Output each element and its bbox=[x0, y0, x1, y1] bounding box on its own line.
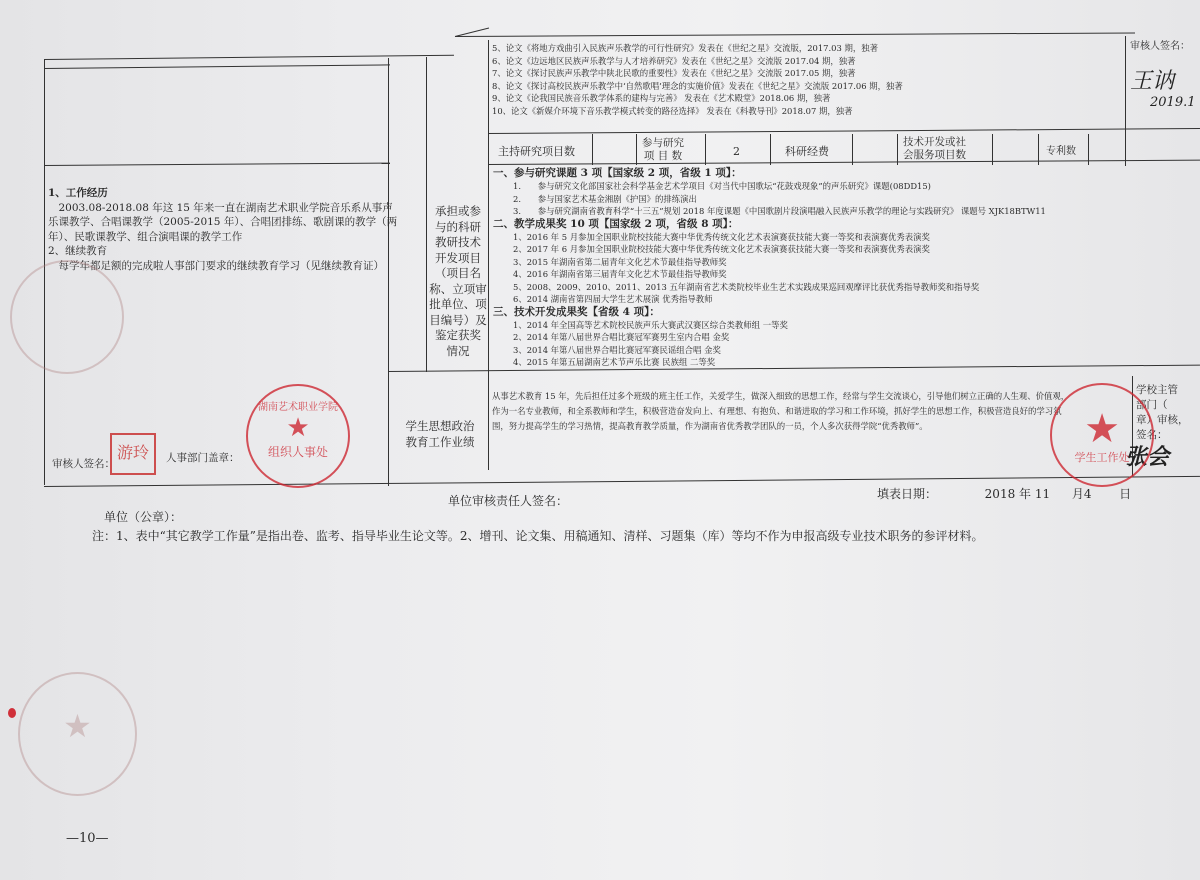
research-item: 4、2015 年第五届湖南艺术节声乐比赛 民族组 二等奖 bbox=[513, 356, 1046, 369]
fill-date-day: 4 bbox=[1084, 487, 1092, 501]
faded-stamp: ★ bbox=[18, 672, 137, 796]
reviewer-seal-text: 游玲 bbox=[117, 443, 149, 462]
research-section-title: 二、教学成果奖 10 项【国家级 2 项，省级 8 项】： bbox=[493, 218, 1046, 231]
table-border bbox=[592, 134, 593, 165]
tech-label-line2: 会服务项目数 bbox=[903, 149, 966, 162]
research-label-line: 教研技术 bbox=[428, 235, 488, 251]
research-label-line: 与的科研 bbox=[428, 220, 488, 236]
work-history-heading: 1、工作经历 bbox=[48, 186, 397, 201]
paper-item: 10、论文《新媒介环境下音乐教学模式转变的路径选择》 发表在《科教导刊》2018… bbox=[492, 105, 903, 118]
table-border bbox=[488, 40, 489, 470]
research-label: 承担或参 与的科研 教研技术 开发项目 （项目名 称、立项审 批单位、项 目编号… bbox=[428, 204, 488, 359]
research-label-line: 称、立项审 bbox=[428, 282, 488, 298]
research-item: 4、2016 年湖南省第三届青年文化艺术节最佳指导教师奖 bbox=[513, 268, 1046, 281]
stamp-text: 学生工作处 bbox=[1052, 449, 1152, 465]
fill-date: 填表日期： 2018 年 11 月4 日 bbox=[877, 485, 1131, 502]
red-dot bbox=[8, 708, 16, 718]
table-border bbox=[1088, 134, 1089, 165]
research-item: 3、2015 年湖南省第二届青年文化艺术节最佳指导教师奖 bbox=[513, 256, 1046, 269]
work-history-line: 乐课教学、合唱课教学（2005-2015 年）、合唱团排练、歌剧课的教学（两 bbox=[48, 215, 397, 230]
stamp-text: 组织人事处 bbox=[248, 443, 348, 460]
research-item: 2、2014 年第八届世界合唱比赛冠军赛男生室内合唱 金奖 bbox=[513, 331, 1046, 344]
student-work-line: 围，努力提高学生的学习热情，提高教育教学质量，作为湖南省优秀教学团队的一员，个人… bbox=[492, 419, 1132, 434]
reviewer-right-label: 审核人签名： bbox=[1130, 40, 1190, 54]
faded-stamp bbox=[10, 260, 124, 374]
research-item: 6、2014 湖南省第四届大学生艺术展演 优秀指导教师 bbox=[513, 293, 1046, 306]
tech-label: 技术开发或社 会服务项目数 bbox=[903, 136, 966, 162]
research-section-title: 一、参与研究课题 3 项【国家级 2 项，省级 1 项】： bbox=[493, 167, 1046, 180]
research-label-line: 开发项目 bbox=[428, 251, 488, 267]
stamp-text: 湖南艺术职业学院 bbox=[248, 398, 348, 413]
paper-item: 7、论文《探讨民族声乐教学中陕北民歌的重要性》发表在《世纪之星》交流版 2017… bbox=[492, 67, 903, 80]
reviewer-seal: 游玲 bbox=[110, 433, 156, 475]
research-section-title: 三、技术开发成果奖【省级 4 项】： bbox=[493, 306, 1046, 319]
student-affairs-stamp: ★ 学生工作处 bbox=[1050, 383, 1154, 487]
research-label-line: 批单位、项 bbox=[428, 297, 488, 313]
student-work-label: 学生思想政治 教育工作业绩 bbox=[392, 418, 488, 450]
research-content: 一、参与研究课题 3 项【国家级 2 项，省级 1 项】： 1. 参与研究文化部… bbox=[493, 167, 1046, 369]
fill-date-label: 填表日期： bbox=[877, 487, 937, 501]
research-item: 3、2014 年第八届世界合唱比赛冠军赛民谣组合唱 金奖 bbox=[513, 344, 1046, 357]
participate-value: 2 bbox=[733, 145, 740, 159]
table-border bbox=[44, 64, 390, 69]
student-work-label-line: 教育工作业绩 bbox=[392, 434, 488, 450]
footnote: 注：1、表中“其它教学工作量”是指出卷、监考、指导毕业生论文等。2、增刊、论文集… bbox=[92, 527, 984, 544]
work-history-line: 2003.08-2018.08 年这 15 年来一直在湖南艺术职业学院音乐系从事… bbox=[48, 201, 397, 216]
reviewer-label: 审核人签名： bbox=[52, 457, 115, 471]
table-border bbox=[1125, 36, 1126, 166]
table-border bbox=[44, 55, 454, 60]
day-unit: 日 bbox=[1119, 487, 1131, 501]
research-label-line: 目编号）及 bbox=[428, 313, 488, 329]
host-projects-label: 主持研究项目数 bbox=[498, 145, 575, 159]
research-item: 2. 参与国家艺术基金湘剧《护国》的排练演出 bbox=[513, 193, 1046, 206]
month-unit: 月 bbox=[1072, 487, 1084, 501]
student-work-line: 作为一名专业教师，和全系教师和学生，积极营造奋发向上、有理想、有抱负、和谐进取的… bbox=[492, 404, 1132, 419]
tech-label-line1: 技术开发或社 bbox=[903, 136, 966, 149]
table-border bbox=[705, 134, 706, 165]
paper-item: 9、论文《论我国民族音乐教学体系的建构与完善》 发表在《艺术殿堂》2018.06… bbox=[492, 92, 903, 105]
table-border bbox=[770, 134, 771, 165]
research-item: 1、2014 年全国高等艺术院校民族声乐大赛武汉赛区综合类教师组 一等奖 bbox=[513, 319, 1046, 332]
hr-stamp-label: 人事部门盖章： bbox=[166, 451, 240, 465]
student-work-line: 从事艺术教育 15 年，先后担任过多个班级的班主任工作，关爱学生，做深入细致的思… bbox=[492, 389, 1132, 404]
research-item: 1、2016 年 5 月参加全国职业院校技能大赛中华优秀传统文化艺术表演赛获技能… bbox=[513, 231, 1046, 244]
patent-label: 专利数 bbox=[1046, 145, 1076, 159]
stamp-star-icon: ★ bbox=[1052, 409, 1152, 449]
table-border bbox=[44, 163, 390, 166]
work-history: 1、工作经历 2003.08-2018.08 年这 15 年来一直在湖南艺术职业… bbox=[48, 186, 397, 273]
fill-date-month: 11 bbox=[1035, 487, 1050, 501]
research-label-line: 承担或参 bbox=[428, 204, 488, 220]
table-border bbox=[426, 57, 427, 372]
reviewer-right-cell: 审核人签名： 王讷 2019.1 bbox=[1130, 40, 1200, 110]
continuing-education-heading: 2、继续教育 bbox=[48, 244, 397, 259]
research-item: 5、2008、2009、2010、2011、2013 五年湖南省艺术类院校毕业生… bbox=[513, 281, 1046, 294]
papers-list: 5、论文《将地方戏曲引入民族声乐教学的可行性研究》发表在《世纪之星》交流版，20… bbox=[492, 42, 903, 117]
research-label-line: 情况 bbox=[428, 344, 488, 360]
work-history-line: 年）、民歌课教学、组合演唱课的教学工作 bbox=[48, 230, 397, 245]
unit-reviewer-label: 单位审核责任人签名： bbox=[448, 492, 568, 509]
school-dept-label-line: 学校主管 bbox=[1136, 383, 1189, 398]
reviewer-right-date: 2019.1 bbox=[1150, 95, 1200, 110]
document-page: 5、论文《将地方戏曲引入民族声乐教学的可行性研究》发表在《世纪之星》交流版，20… bbox=[0, 0, 1200, 880]
stamp-star-icon: ★ bbox=[20, 708, 135, 744]
reviewer-right-signature: 王讷 bbox=[1130, 64, 1200, 95]
participate-label-line2: 项 目 数 bbox=[642, 150, 684, 163]
funding-label: 科研经费 bbox=[785, 145, 829, 159]
table-border bbox=[897, 134, 898, 165]
table-border bbox=[488, 160, 1200, 165]
paper-item: 6、论文《边远地区民族声乐教学与人才培养研究》发表在《世纪之星》交流版 2017… bbox=[492, 55, 903, 68]
table-border bbox=[636, 134, 637, 165]
paper-item: 8、论文《探讨高校民族声乐教学中‘自然歌唱’理念的实施价值》发表在《世纪之星》交… bbox=[492, 80, 903, 93]
table-border bbox=[488, 128, 1200, 134]
hr-stamp: 湖南艺术职业学院 ★ 组织人事处 bbox=[246, 384, 350, 488]
research-item: 3. 参与研究湖南省教育科学“十三五”规划 2018 年度课题《中国歌剧片段演唱… bbox=[513, 205, 1046, 218]
table-border bbox=[852, 134, 853, 165]
student-work-content: 从事艺术教育 15 年，先后担任过多个班级的班主任工作，关爱学生，做深入细致的思… bbox=[492, 389, 1132, 434]
unit-seal-label: 单位（公章）： bbox=[104, 508, 182, 525]
research-label-line: 鉴定获奖 bbox=[428, 328, 488, 344]
table-border bbox=[1038, 134, 1039, 165]
fill-date-year: 2018 bbox=[985, 487, 1016, 501]
research-item: 1. 参与研究文化部国家社会科学基金艺术学项目《对当代中国歌坛“花鼓戏现象”的声… bbox=[513, 180, 1046, 193]
research-label-line: （项目名 bbox=[428, 266, 488, 282]
year-unit: 年 bbox=[1019, 487, 1031, 501]
table-border bbox=[455, 32, 1135, 37]
page-number: —10— bbox=[66, 831, 109, 846]
paper-item: 5、论文《将地方戏曲引入民族声乐教学的可行性研究》发表在《世纪之星》交流版，20… bbox=[492, 42, 903, 55]
participate-label-line1: 参与研究 bbox=[642, 137, 684, 150]
research-item: 2、2017 年 6 月参加全国职业院校技能大赛中华优秀传统文化艺术表演赛获技能… bbox=[513, 243, 1046, 256]
student-work-label-line: 学生思想政治 bbox=[392, 418, 488, 434]
participate-label: 参与研究 项 目 数 bbox=[642, 137, 684, 163]
stamp-star-icon: ★ bbox=[248, 413, 348, 443]
table-border bbox=[992, 134, 993, 165]
